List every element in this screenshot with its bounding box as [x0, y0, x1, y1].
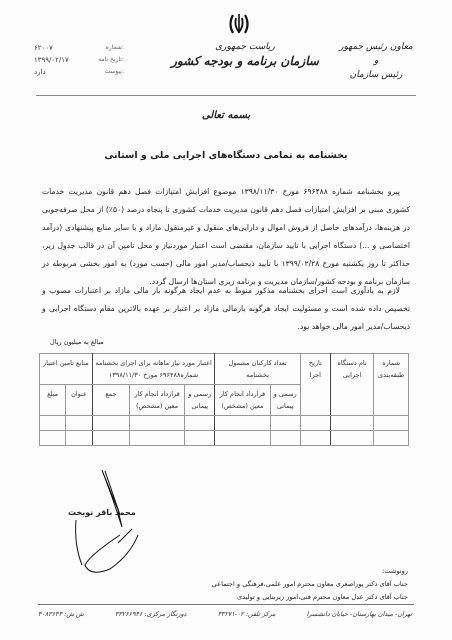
- table-cell[interactable]: [270, 431, 300, 446]
- table-cell[interactable]: [215, 416, 270, 431]
- table-cell[interactable]: [374, 416, 409, 431]
- office-line-3: رئیس سازمان: [336, 68, 416, 82]
- footer-address: تهران- میدان بهارستان- خیابان دانشسرا: [307, 610, 412, 618]
- letter-date-label: تاریخ نامه:: [98, 54, 124, 66]
- letter-number-value: ۶۲۰۰۷: [34, 42, 53, 54]
- footer-phone: مرکز تلفن: ۰۲-۳۳۲۷۱: [218, 610, 276, 618]
- organization-name: ریاست جمهوری سازمان برنامه و بودجه کشور: [170, 42, 320, 68]
- letter-date-row: ۱۳۹۹/۰۲/۱۷ تاریخ نامه:: [34, 54, 124, 66]
- letter-number-label: شماره:: [106, 42, 124, 54]
- letter-number-row: ۶۲۰۰۷ شماره:: [34, 42, 124, 54]
- footer: تهران- میدان بهارستان- خیابان دانشسرا مر…: [38, 610, 412, 618]
- table-cell[interactable]: [40, 416, 66, 431]
- table-cell[interactable]: [300, 431, 330, 446]
- attachment-value: دارد: [34, 66, 46, 78]
- table-cell[interactable]: [185, 431, 215, 446]
- table-cell[interactable]: [300, 416, 330, 431]
- th-credit-total: جمع: [92, 385, 129, 416]
- cc-line-2: جناب آقای دکتر عدل معاون محترم فنی،امور …: [212, 591, 408, 604]
- letter-date-value: ۱۳۹۹/۰۲/۱۷: [34, 54, 69, 66]
- th-source-amount: مبلغ: [40, 385, 66, 416]
- presidency-label: ریاست جمهوری: [170, 42, 320, 52]
- signatory-name: محمد باقر نوبخت: [68, 508, 136, 517]
- th-staff-count: تعداد کارکنان مشمول بخشنامه: [215, 354, 300, 385]
- amount-unit-note: مبالغ به میلیون ریال: [50, 338, 104, 346]
- attachment-label: پیوست:: [104, 66, 124, 78]
- header-divider: [36, 95, 416, 96]
- table-header-row: شماره طبقه‌بندی نام دستگاه اجرایی تاریخ …: [40, 354, 409, 385]
- signature-scribble-icon: [60, 465, 180, 575]
- sender-office: معاون رئیس جمهور و رئیس سازمان: [336, 40, 416, 82]
- th-execution-date: تاریخ اجرا: [300, 354, 330, 416]
- cc-label: رونوشت:: [212, 565, 408, 578]
- th-classification-number: شماره طبقه‌بندی: [374, 354, 409, 416]
- body-paragraph-1: پیرو بخشنامه شماره ۶۹۶۴۸۸ مورخ ۱۳۹۸/۱۱/۳…: [42, 183, 410, 291]
- th-source-title: عنوان: [66, 385, 93, 416]
- credit-request-table: شماره طبقه‌بندی نام دستگاه اجرایی تاریخ …: [39, 353, 409, 446]
- bismillah: بسمه تعالی: [0, 110, 452, 121]
- office-line-1: معاون رئیس جمهور: [336, 40, 416, 54]
- table-cell[interactable]: [130, 416, 185, 431]
- table-cell[interactable]: [374, 431, 409, 446]
- letter-meta: ۶۲۰۰۷ شماره: ۱۳۹۹/۰۲/۱۷ تاریخ نامه: دارد…: [34, 42, 124, 78]
- footer-fax: دورنگار مرکزی: ۳۳۲۶۶۹۴۶: [115, 610, 187, 618]
- th-staff-contract: قرارداد انجام کار معین (مشخص): [215, 385, 270, 416]
- body-paragraph-2: لازم به یادآوری است اجرای بخشنامه مذکور …: [42, 282, 410, 336]
- th-credit-official: رسمی و پیمانی: [185, 385, 215, 416]
- th-agency-name: نام دستگاه اجرایی: [330, 354, 373, 416]
- attachment-row: دارد پیوست:: [34, 66, 124, 78]
- plan-budget-org-label: سازمان برنامه و بودجه کشور: [170, 54, 320, 68]
- table-cell[interactable]: [330, 431, 373, 446]
- footer-divider: [38, 604, 414, 605]
- table-cell[interactable]: [66, 416, 93, 431]
- table-cell[interactable]: [40, 431, 66, 446]
- table-row: [40, 416, 409, 431]
- th-monthly-credit: اعتبار مورد نیاز ماهانه برای اجرای بخشنا…: [92, 354, 215, 385]
- th-staff-official: رسمی و پیمانی: [270, 385, 300, 416]
- table-cell[interactable]: [92, 416, 129, 431]
- table-cell[interactable]: [130, 431, 185, 446]
- cc-line-1: جناب آقای دکتر پوراصغری معاون محترم امور…: [212, 578, 408, 591]
- table-cell[interactable]: [215, 431, 270, 446]
- iran-emblem-icon: [226, 12, 252, 36]
- table-cell[interactable]: [185, 416, 215, 431]
- table-cell[interactable]: [270, 416, 300, 431]
- table-cell[interactable]: [92, 431, 129, 446]
- office-line-2: و: [336, 54, 416, 68]
- table-cell[interactable]: [66, 431, 93, 446]
- table-cell[interactable]: [330, 416, 373, 431]
- th-funding-sources: منابع تامین اعتبار: [40, 354, 93, 385]
- table-row: [40, 431, 409, 446]
- footer-postal: ش ش: ۴۰۸۳۶۴۳: [38, 610, 84, 618]
- cc-block: رونوشت: جناب آقای دکتر پوراصغری معاون مح…: [212, 565, 408, 604]
- th-credit-contract: قرارداد انجام کار معین (مشخص): [130, 385, 185, 416]
- document-title: بخشنامه به تمامی دستگاه‌های اجرایی ملی و…: [0, 150, 452, 161]
